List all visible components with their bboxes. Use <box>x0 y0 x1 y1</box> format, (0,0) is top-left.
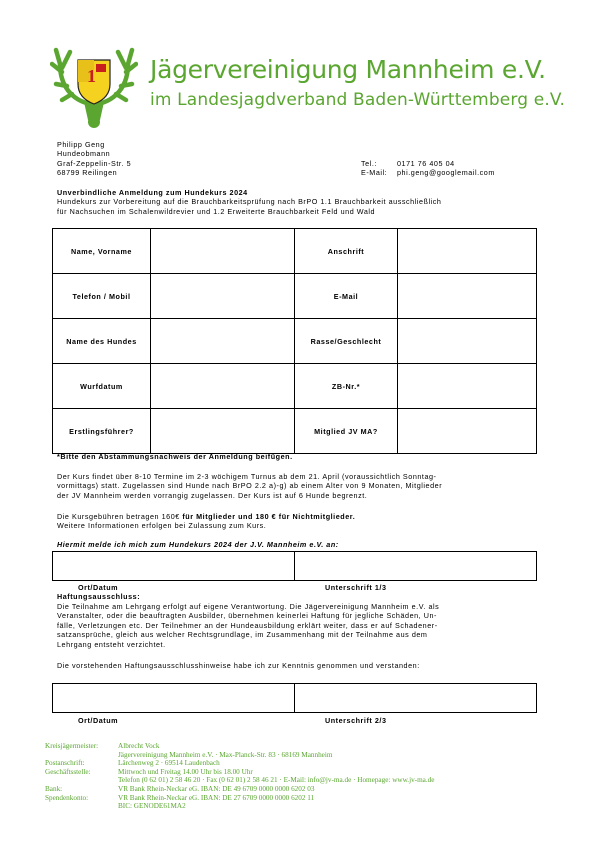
liability-line: Die Teilnahme am Lehrgang erfolgt auf ei… <box>57 602 439 611</box>
title-line-1: Hundekurs zur Vorbereitung auf die Brauc… <box>57 197 441 206</box>
liability-signature-table <box>52 683 537 713</box>
address-field[interactable] <box>398 229 537 274</box>
course-info: Der Kurs findet über 8-10 Termine im 2-3… <box>57 472 442 500</box>
dog-name-field[interactable] <box>151 319 295 364</box>
table-row: Wurfdatum ZB-Nr.* <box>53 364 537 409</box>
footer-key <box>45 776 118 785</box>
address-label: Anschrift <box>295 229 398 274</box>
table-row: Name des Hundes Rasse/Geschlecht <box>53 319 537 364</box>
footer-key <box>45 751 118 760</box>
course-line-1: Der Kurs findet über 8-10 Termine im 2-3… <box>57 472 442 481</box>
place-date-field-1[interactable] <box>53 552 295 581</box>
name-field[interactable] <box>151 229 295 274</box>
pedigree-note: *Bitte den Abstammungsnachweis der Anmel… <box>57 452 293 461</box>
footer-value: Telefon (0 62 01) 2 58 46 20 · Fax (0 62… <box>118 776 434 785</box>
name-label: Name, Vorname <box>53 229 151 274</box>
place-date-field-2[interactable] <box>53 684 295 713</box>
liability-line: fälle, Verletzungen etc. Der Teilnehmer … <box>57 621 439 630</box>
phone-label: Telefon / Mobil <box>53 274 151 319</box>
page-title: Unverbindliche Anmeldung zum Hundekurs 2… <box>57 188 441 197</box>
table-row: Telefon / Mobil E-Mail <box>53 274 537 319</box>
table-row: Name, Vorname Anschrift <box>53 229 537 274</box>
breed-sex-field[interactable] <box>398 319 537 364</box>
breed-sex-label: Rasse/Geschlecht <box>295 319 398 364</box>
footer-key: Kreisjägermeister: <box>45 742 118 751</box>
signature-label-1: Unterschrift 1/3 <box>325 583 387 592</box>
sender-city: 68799 Reilingen <box>57 168 131 177</box>
sender-contact: Tel.:0171 76 405 04 E-Mail:phi.geng@goog… <box>361 159 495 178</box>
footer-value: Lärchenweg 2 · 69514 Laudenbach <box>118 759 220 768</box>
sender-role: Hundeobmann <box>57 149 131 158</box>
signature-field-2[interactable] <box>295 684 537 713</box>
email-field[interactable] <box>398 274 537 319</box>
footer-value: BIC: GENODE61MA2 <box>118 802 186 811</box>
email-label: E-Mail: <box>361 168 397 177</box>
footer-key <box>45 802 118 811</box>
first-handler-label: Erstlingsführer? <box>53 409 151 454</box>
member-label: Mitglied JV MA? <box>295 409 398 454</box>
org-name: Jägervereinigung Mannheim e.V. <box>150 55 546 84</box>
liability-line: Lehrgang entsteht verzichtet. <box>57 640 439 649</box>
table-row: Erstlingsführer? Mitglied JV MA? <box>53 409 537 454</box>
footer-key: Spendenkonto: <box>45 794 118 803</box>
acknowledge-text: Die vorstehenden Haftungsausschlusshinwe… <box>57 661 420 670</box>
place-date-label-1: Ort/Datum <box>78 583 118 592</box>
fee-line-2: Weitere Informationen erfolgen bei Zulas… <box>57 521 355 530</box>
title-line-2: für Nachsuchen im Schalenwildrevier und … <box>57 207 441 216</box>
footer-key: Geschäftsstelle: <box>45 768 118 777</box>
svg-text:1: 1 <box>87 66 96 86</box>
course-line-3: der JV Mannheim werden vorrangig zugelas… <box>57 491 442 500</box>
liability-heading: Haftungsausschluss: <box>57 592 140 601</box>
antler-crest-icon: 1 <box>50 42 138 132</box>
footer-value: Albrecht Vock <box>118 742 159 751</box>
footer-key: Postanschrift: <box>45 759 118 768</box>
liability-line: satzansprüche, gleich aus welcher Rechts… <box>57 630 439 639</box>
registration-statement: Hiermit melde ich mich zum Hundekurs 202… <box>57 540 339 549</box>
liability-line: Veranstalter, oder die beauftragten Ausb… <box>57 611 439 620</box>
first-handler-field[interactable] <box>151 409 295 454</box>
signature-label-2: Unterschrift 2/3 <box>325 716 387 725</box>
footer: Kreisjägermeister:Albrecht Vock Jägerver… <box>45 742 434 811</box>
footer-value: Mittwoch und Freitag 14.00 Uhr bis 18.00… <box>118 768 253 777</box>
sender-street: Graf-Zeppelin-Str. 5 <box>57 159 131 168</box>
form-title: Unverbindliche Anmeldung zum Hundekurs 2… <box>57 188 441 216</box>
sender-name: Philipp Geng <box>57 140 131 149</box>
fee-line-1b: für Mitglieder und 180 € für Nichtmitgli… <box>182 512 355 521</box>
sender-address: Philipp Geng Hundeobmann Graf-Zeppelin-S… <box>57 140 131 178</box>
birth-date-label: Wurfdatum <box>53 364 151 409</box>
phone-field[interactable] <box>151 274 295 319</box>
footer-value: VR Bank Rhein-Neckar eG. IBAN: DE 49 670… <box>118 785 314 794</box>
tel-value: 0171 76 405 04 <box>397 159 455 168</box>
dog-name-label: Name des Hundes <box>53 319 151 364</box>
zb-number-label: ZB-Nr.* <box>295 364 398 409</box>
zb-number-field[interactable] <box>398 364 537 409</box>
email-label: E-Mail <box>295 274 398 319</box>
liability-text: Die Teilnahme am Lehrgang erfolgt auf ei… <box>57 602 439 649</box>
footer-key: Bank: <box>45 785 118 794</box>
registration-form-table: Name, Vorname Anschrift Telefon / Mobil … <box>52 228 537 454</box>
registration-signature-table <box>52 551 537 581</box>
fee-info: Die Kursgebühren betragen 160€ für Mitgl… <box>57 512 355 531</box>
signature-field-1[interactable] <box>295 552 537 581</box>
footer-value: VR Bank Rhein-Neckar eG. IBAN: DE 27 670… <box>118 794 314 803</box>
place-date-label-2: Ort/Datum <box>78 716 118 725</box>
org-subtitle: im Landesjagdverband Baden-Württemberg e… <box>150 90 565 110</box>
course-line-2: vormittags) statt. Zugelassen sind Hunde… <box>57 481 442 490</box>
footer-value: Jägervereinigung Mannheim e.V. · Max-Pla… <box>118 751 332 760</box>
birth-date-field[interactable] <box>151 364 295 409</box>
member-field[interactable] <box>398 409 537 454</box>
tel-label: Tel.: <box>361 159 397 168</box>
email-value: phi.geng@googlemail.com <box>397 168 495 177</box>
fee-line-1a: Die Kursgebühren betragen 160€ <box>57 512 182 521</box>
